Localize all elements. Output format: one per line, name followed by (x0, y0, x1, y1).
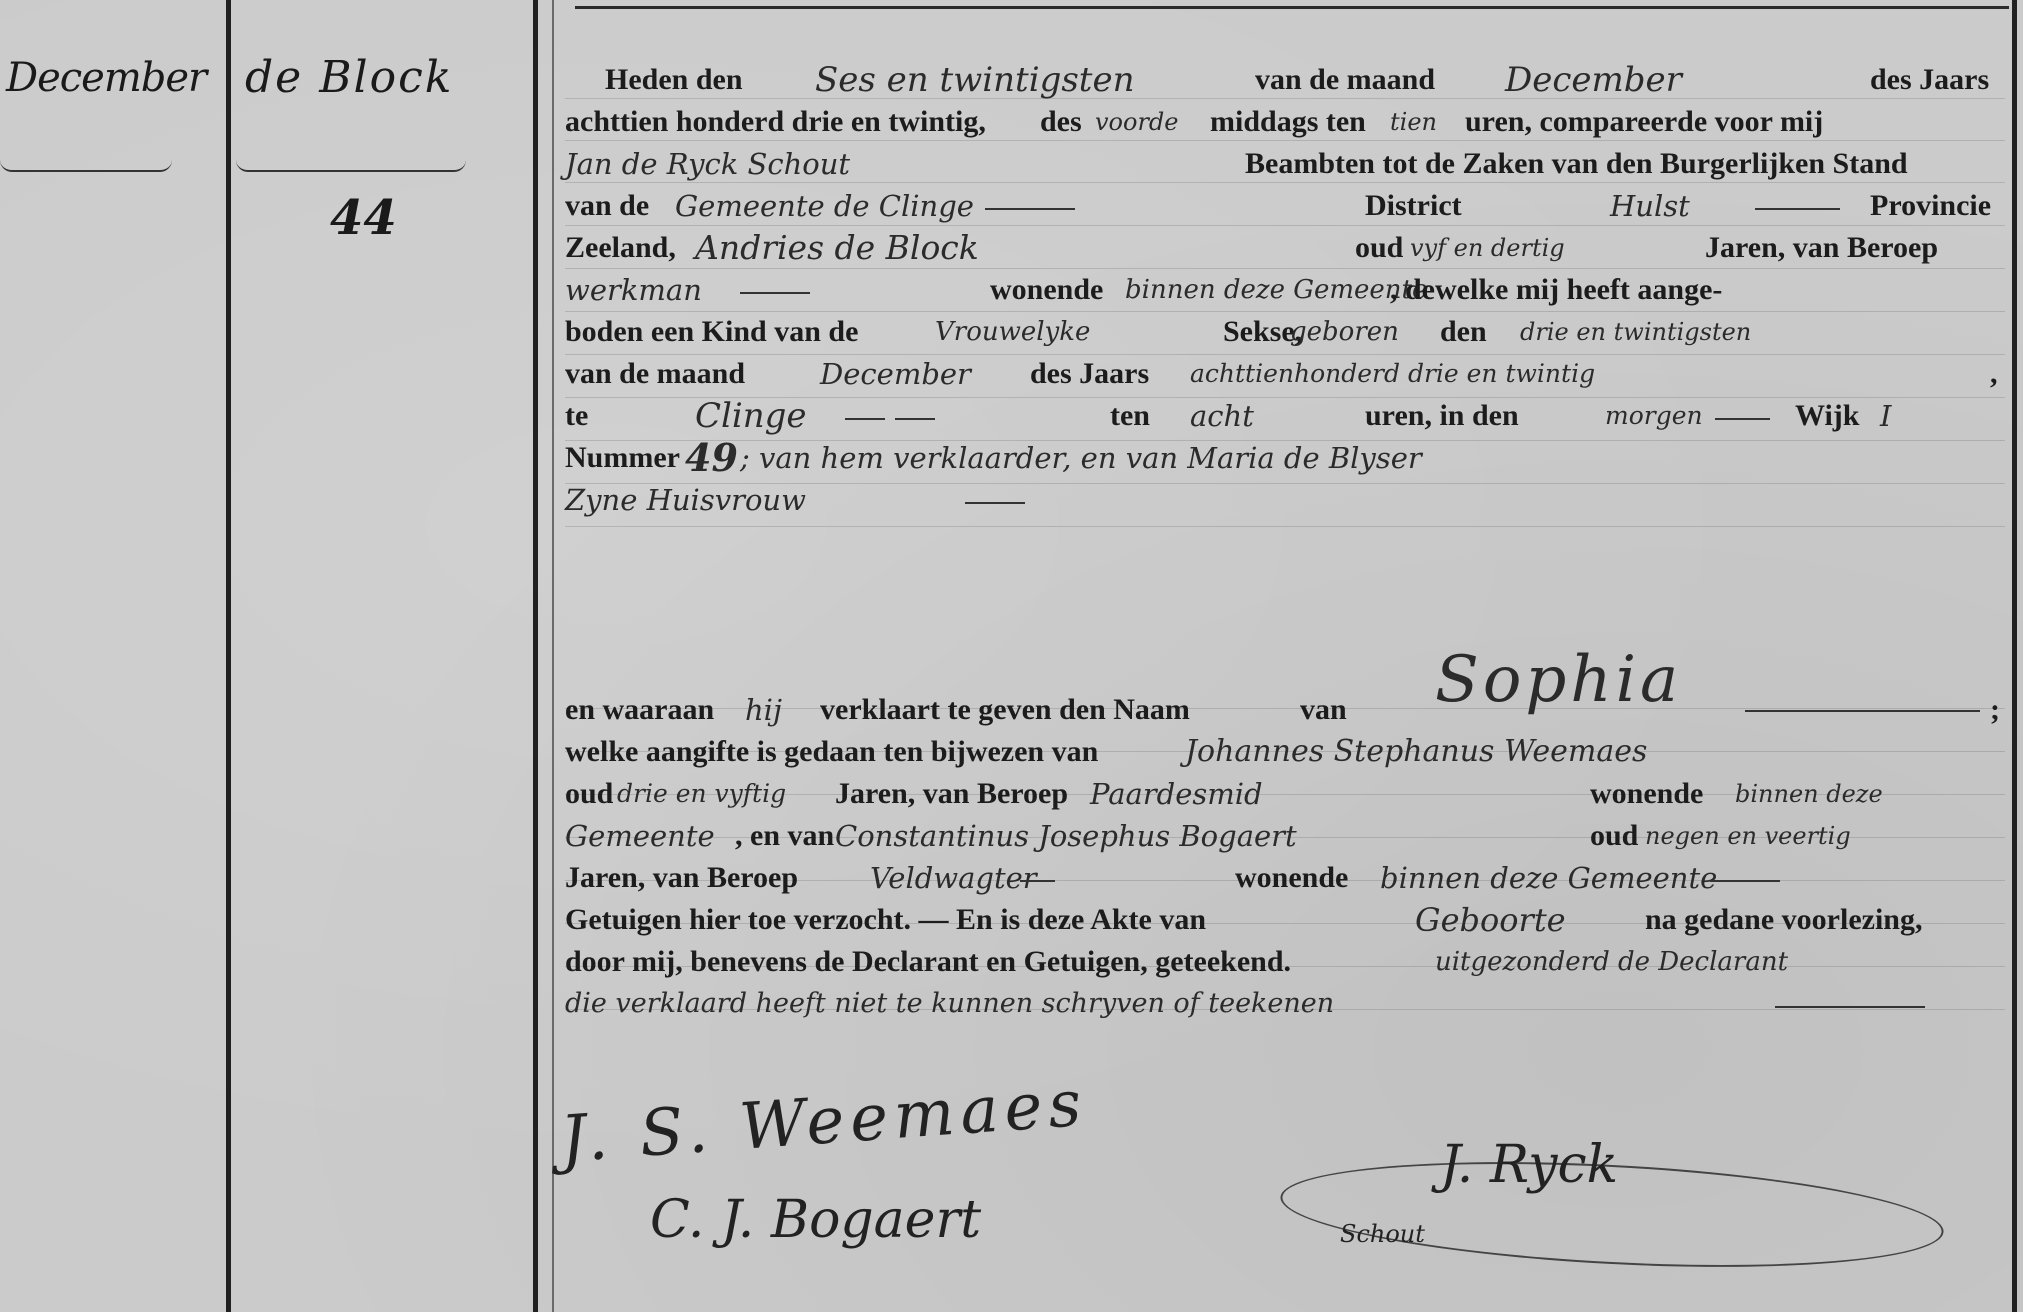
act-line-6: werkman wonende binnen deze Gemeente , d… (565, 268, 2005, 312)
margin-month: December (6, 55, 206, 101)
margin-record-number: 44 (330, 190, 397, 246)
column-divider (552, 0, 554, 1312)
child-name: Sophia (1435, 658, 1682, 702)
top-rule (575, 6, 2009, 9)
act-line-13: welke aangifte is gedaan ten bijwezen va… (565, 730, 2005, 774)
act-line-15: Gemeente , en van Constantinus Josephus … (565, 814, 2005, 858)
act-line-9: te Clinge ten acht uren, in den morgen W… (565, 394, 2005, 438)
act-line-17: Getuigen hier toe verzocht. — En is deze… (565, 898, 2005, 942)
filler-dash (985, 208, 1075, 210)
filler-dash (1775, 1006, 1925, 1008)
act-line-2: achttien honderd drie en twintig, des vo… (565, 100, 2005, 144)
act-line-18: door mij, benevens de Declarant en Getui… (565, 940, 2005, 984)
act-line-4: van de Gemeente de Clinge District Hulst… (565, 184, 2005, 228)
signature-officer: J. Ryck (1440, 1135, 1618, 1195)
filler-dash (1710, 880, 1780, 882)
filler-dash (1755, 208, 1840, 210)
act-line-10: Nummer 49 ; van hem verklaarder, en van … (565, 436, 2005, 480)
filler-dash (740, 292, 810, 294)
brace-flourish (0, 160, 172, 172)
filler-dash (895, 418, 935, 420)
act-line-3: Jan de Ryck Schout Beambten tot de Zaken… (565, 142, 2005, 186)
filler-dash (1020, 880, 1055, 882)
act-line-19: die verklaard heeft niet te kunnen schry… (565, 982, 2005, 1026)
page-edge-rule (2012, 0, 2017, 1312)
act-line-14: oud drie en vyftig Jaren, van Beroep Paa… (565, 772, 2005, 816)
act-line-8: van de maand December des Jaars achttien… (565, 352, 2005, 396)
act-line-11: Zyne Huisvrouw (565, 478, 2005, 522)
act-line-12: en waaraan hij verklaart te geven den Na… (565, 688, 2005, 732)
act-line-5: Zeeland, Andries de Block oud vyf en der… (565, 226, 2005, 270)
column-divider (226, 0, 231, 1312)
filler-dash (1745, 710, 1980, 712)
act-line-16: Jaren, van Beroep Veldwagter wonende bin… (565, 856, 2005, 900)
filler-dash (965, 502, 1025, 504)
margin-surname: de Block (245, 52, 453, 103)
column-divider (533, 0, 538, 1312)
ruled-line (565, 526, 2005, 527)
act-line-7: boden een Kind van de Vrouwelyke Sekse, … (565, 310, 2005, 354)
filler-dash (1715, 418, 1770, 420)
brace-flourish (236, 160, 466, 172)
act-line-1: Heden den Ses en twintigsten van de maan… (565, 58, 2005, 102)
filler-dash (845, 418, 885, 420)
signature-witness-2: C. J. Bogaert (650, 1190, 981, 1250)
signature-officer-title: Schout (1340, 1220, 1425, 1248)
